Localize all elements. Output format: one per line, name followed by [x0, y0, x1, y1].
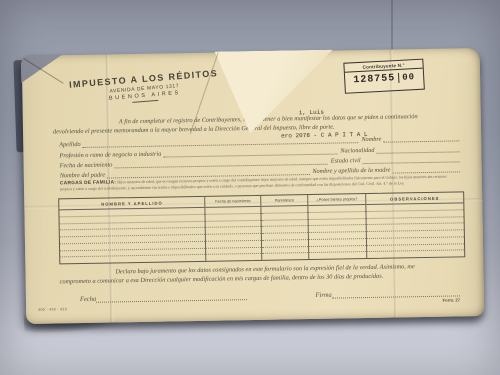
dotted-line	[96, 292, 247, 303]
signature-gap	[247, 299, 315, 300]
city-underline	[132, 100, 158, 103]
table-row-cell	[262, 253, 309, 260]
photo-background: IMPUESTO A LOS RÉDITOS AVENIDA DE MAYO 1…	[0, 0, 500, 375]
declaration-paragraph: Declaro bajo juramento que los datos con…	[59, 262, 457, 286]
table-header-parentesco: Parentesco	[261, 195, 308, 207]
tax-form-paper: IMPUESTO A LOS RÉDITOS AVENIDA DE MAYO 1…	[22, 48, 485, 324]
dotted-line	[376, 144, 459, 153]
fecha-field: Fecha	[80, 292, 247, 303]
contribuyente-box: Contribuyente N.° 128755 00	[343, 59, 425, 94]
table-column-parentesco: Parentesco	[261, 195, 310, 260]
table-column-bienes: ¿Posee bienes propios?	[309, 194, 368, 259]
nombre-label: Nombre	[358, 136, 383, 143]
fecha-nacimiento-label: Fecha de nacimiento	[60, 161, 115, 169]
firma-label: Firma	[315, 292, 331, 299]
nombre-padre-label: Nombre del padre	[60, 172, 107, 180]
dotted-line	[383, 133, 459, 142]
dotted-line	[332, 288, 460, 298]
signature-row: Fecha Firma	[80, 288, 460, 303]
table-row-cell	[310, 252, 367, 259]
estado-civil-label: Estado civil	[328, 157, 363, 165]
dotted-line	[363, 154, 460, 164]
contribuyente-number-suffix: 00	[398, 72, 415, 83]
firma-field: Firma	[315, 288, 460, 299]
table-column-nombre: NOMBRE Y APELLIDO	[59, 197, 207, 264]
table-column-fecha: Fecha de nacimiento	[206, 196, 263, 261]
contribuyente-number: 128755 00	[345, 69, 424, 89]
form-code: 400 - 430 - 933	[38, 307, 67, 312]
nombre-madre-label: Nombre y apellido de la madre	[309, 167, 392, 175]
table-row-cell	[60, 255, 206, 263]
contribuyente-number-main: 128755	[353, 73, 396, 86]
table-row-cell	[207, 254, 262, 261]
family-table: NOMBRE Y APELLIDO Fecha de nacimiento Pa…	[58, 191, 465, 264]
table-column-observaciones: OBSERVACIONES	[366, 192, 464, 258]
form-number: Form. 27	[443, 297, 461, 302]
dotted-line	[392, 164, 460, 173]
apellido-label: Apellido	[59, 141, 82, 148]
fecha-label: Fecha	[80, 296, 96, 303]
nacionalidad-label: Nacionalidad	[337, 147, 376, 155]
table-row-cell	[367, 251, 464, 258]
